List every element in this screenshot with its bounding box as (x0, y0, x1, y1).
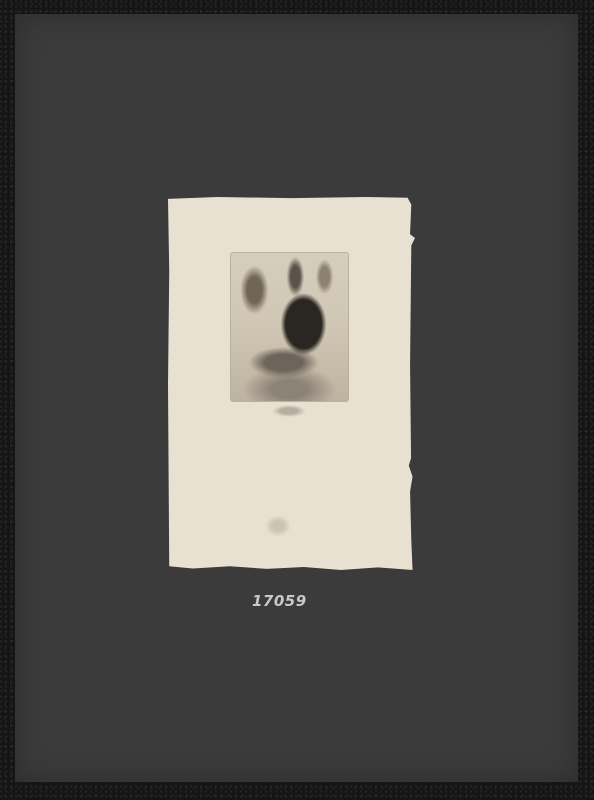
pencil-signature-mark (272, 405, 306, 417)
print-paper-sheet (168, 197, 415, 570)
blind-stamp-mark (265, 515, 291, 537)
etching-plate-image (230, 252, 349, 402)
accession-number: 17059 (252, 592, 307, 610)
